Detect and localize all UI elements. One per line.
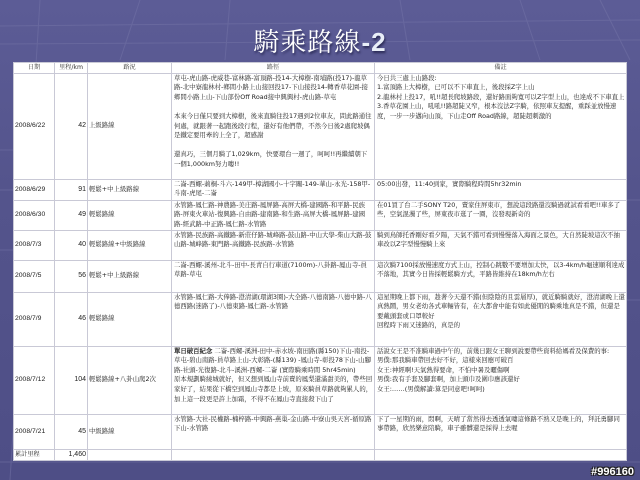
header-date: 日期 — [14, 63, 55, 74]
route-text: 本來今日僅只要到大樟樹，後來直騎往投17遇到2位車友，問此路通往何處，就跟著一起… — [174, 112, 373, 141]
cell-note: 騎到鳥師托香剛好看夕陽，天氣不錯可看到慢慢落入海面之景色，大自然陡坡這次不抽車改… — [375, 230, 627, 260]
note-text: 2.龍林村上投17，吼!!超長爬坡路段，還好路面夠寬可以Z字型上山，也達成不下車… — [377, 93, 625, 103]
table-row: 2008/6/29 91 輕鬆+中上級路線 二崙-西螺-莿桐-斗六-149甲-樟… — [14, 179, 627, 200]
header-route: 路徑 — [172, 63, 375, 74]
route-text: 原本規劃騎繞城就好，但又想到鳳山寺前賣的鳳梨還滿甜美的，帶些回家好了，結果從下橋… — [174, 375, 373, 404]
cell-note: 下了一星期的雨，悶啊，天晴了當然得去透透氣嘍這條路不熟又是晚上的，拜託勇腳同事帶… — [375, 414, 627, 449]
cell-route: 水管路-民族路-高鐵路-新莊仔路-城峰路-鼓山路-中山大學-柴山大路-鼓山路-城… — [172, 230, 375, 260]
cell-km: 104 — [55, 346, 88, 414]
note-text: 男僕:那我騎車帶回去好不好，這樣來回應可破百 — [377, 356, 625, 366]
table-header-row: 日期 里程/km 路況 路徑 備註 — [14, 63, 627, 74]
cell-route: 水管路-鳳仁路-大俸路-澄清湖(環湖3圈)-大全路-八德南路-八德中路-八德西路… — [172, 292, 375, 346]
cell-route: 二崙-西螺-莿桐-斗六-149甲-樟湖國小-十字關-149-華山-永光-158甲… — [172, 179, 375, 200]
table-row: 2008/6/30 49 輕鬆路線 水管路-鳳仁路-神農路-美庄路-鳳屏路-高屏… — [14, 200, 627, 230]
header-note: 備註 — [375, 63, 627, 74]
ride-log-table: 日期 里程/km 路況 路徑 備註 2008/6/22 42 上級路線 草屯-虎… — [13, 62, 627, 461]
cell-date: 2008/7/5 — [14, 260, 55, 292]
cell-note: 這星期晚上都下雨，趁著今天還不錯(但陰陰的且雲層厚)，就近騎騎就好，澄清湖晚上還… — [375, 292, 627, 346]
route-text: 草屯-虎山路-虎威巷-富林路-富頂路-投14-大樟樹-南埔路(投17)-龍草路-… — [174, 74, 373, 103]
cell-condition: 輕鬆+中上級路線 — [88, 179, 172, 200]
table-row: 2008/7/9 46 輕鬆路線 水管路-鳳仁路-大俸路-澄清湖(環湖3圈)-大… — [14, 292, 627, 346]
cell-date: 2008/7/9 — [14, 292, 55, 346]
cell-km: 42 — [55, 73, 88, 179]
cell-condition: 輕鬆+中上級路線 — [88, 260, 172, 292]
watermark-id: #996160 — [591, 466, 634, 478]
cell-km: 46 — [55, 292, 88, 346]
cell-km: 91 — [55, 179, 88, 200]
table-row: 2008/7/21 45 中級路線 水管路-大社-民權路-楠梓路-中興路-燕巢-… — [14, 414, 627, 449]
cell-condition: 輕鬆路線 — [88, 200, 172, 230]
note-text: 話說女王是不准騎車過中午的，前幾日跟女王聊到說要帶些資料給媽看及保費的事: — [377, 347, 625, 357]
cell-km: 49 — [55, 200, 88, 230]
note-text: 女王:神經啊!天氣熱得要命，不怕中暑及曬傷啊 — [377, 366, 625, 376]
cell-date: 2008/7/3 — [14, 230, 55, 260]
cell-date: 2008/6/22 — [14, 73, 55, 179]
total-km: 1,460 — [55, 449, 88, 460]
cell-route: 草屯-虎山路-虎威巷-富林路-富頂路-投14-大樟樹-南埔路(投17)-龍草路-… — [172, 73, 375, 179]
cell-condition: 輕鬆路線+八卦山爬2次 — [88, 346, 172, 414]
note-text: 1.富頂路上大樟樹，已可以不下車直上，後段採Z字上山 — [377, 83, 625, 93]
cell-route: 二崙-西螺-溪州-北斗-田中-長青自行車道(7100m)-八卦路-鳳山寺-員草路… — [172, 260, 375, 292]
total-row: 累計里程 1,460 — [14, 449, 627, 460]
header-condition: 路況 — [88, 63, 172, 74]
cell-condition: 中級路線 — [88, 414, 172, 449]
cell-km: 40 — [55, 230, 88, 260]
table-row: 2008/6/22 42 上級路線 草屯-虎山路-虎威巷-富林路-富頂路-投14… — [14, 73, 627, 179]
slide-title: 騎乘路線-2 — [0, 22, 640, 59]
cell-km: 56 — [55, 260, 88, 292]
cell-condition: 輕鬆路線 — [88, 292, 172, 346]
route-text: 還真巧，三個月騎了1,029km，快要環台一週了，呵呵!!再繼續朝下一個1,00… — [174, 150, 373, 169]
cell-date: 2008/6/29 — [14, 179, 55, 200]
cell-note: 05:00出發，11:40到家，實際騎程時間5hr32min — [375, 179, 627, 200]
note-text: 回程時下雨又迷路的，真是的 — [377, 321, 625, 331]
note-text: 女王:……(男僕解讀:算是同意吧!呵呵) — [377, 385, 625, 395]
cell-route: 水管路-大社-民權路-楠梓路-中興路-燕巢-金山路-中寮山吳天宮-循原路下山-水… — [172, 414, 375, 449]
cell-route: 水管路-鳳仁路-神農路-美庄路-鳳屏路-高屏大橋-建國路-和平路-民族路-屏東火… — [172, 200, 375, 230]
cell-km: 45 — [55, 414, 88, 449]
title-main: 騎乘路線 — [253, 28, 361, 58]
note-text: 今日共三處上山路段: — [377, 74, 625, 84]
table-row: 2008/7/5 56 輕鬆+中上級路線 二崙-西螺-溪州-北斗-田中-長青自行… — [14, 260, 627, 292]
cell-condition: 上級路線 — [88, 73, 172, 179]
note-text: 3.香草花園上山，吼吼!!路超陡又窄，根本沒法Z字騎，依照車友提醒，重踩並放慢速… — [377, 102, 625, 121]
cell-note: 今日共三處上山路段: 1.富頂路上大樟樹，已可以不下車直上，後段採Z字上山 2.… — [375, 73, 627, 179]
total-label: 累計里程 — [14, 449, 55, 460]
table-row: 2008/7/12 104 輕鬆路線+八卦山爬2次 單日破百紀念 二崙-西螺-溪… — [14, 346, 627, 414]
cell-note: 這次騎7100採放慢速度方式上山，控制心跳數不要增加太快，以3-4km/h龜速順… — [375, 260, 627, 292]
note-text: 這星期晚上都下雨，趁著今天還不錯(但陰陰的且雲層厚)，就近騎騎就好，澄清湖晚上還… — [377, 293, 625, 322]
cell-date: 2008/7/21 — [14, 414, 55, 449]
cell-note: 話說女王是不准騎車過中午的，前幾日跟女王聊到說要帶些資料給媽看及保費的事: 男僕… — [375, 346, 627, 414]
cell-note: 在01買了台二手SONY T20，賣家住屏東市，想說這段路還沒騎過就試看看吧!!… — [375, 200, 627, 230]
route-highlight: 單日破百紀念 — [174, 347, 212, 355]
cell-condition: 輕鬆路線+中級路線 — [88, 230, 172, 260]
header-km: 里程/km — [55, 63, 88, 74]
cell-route: 單日破百紀念 二崙-西螺-溪洲-田中-赤水坡-南田路(縣150)下山-南投-草屯… — [172, 346, 375, 414]
cell-date: 2008/7/12 — [14, 346, 55, 414]
cell-date: 2008/6/30 — [14, 200, 55, 230]
title-suffix: -2 — [361, 27, 386, 57]
table-row: 2008/7/3 40 輕鬆路線+中級路線 水管路-民族路-高鐵路-新莊仔路-城… — [14, 230, 627, 260]
note-text: 男僕:我有手套及腳套啊，加上頭巾及圍巾應該還好 — [377, 375, 625, 385]
